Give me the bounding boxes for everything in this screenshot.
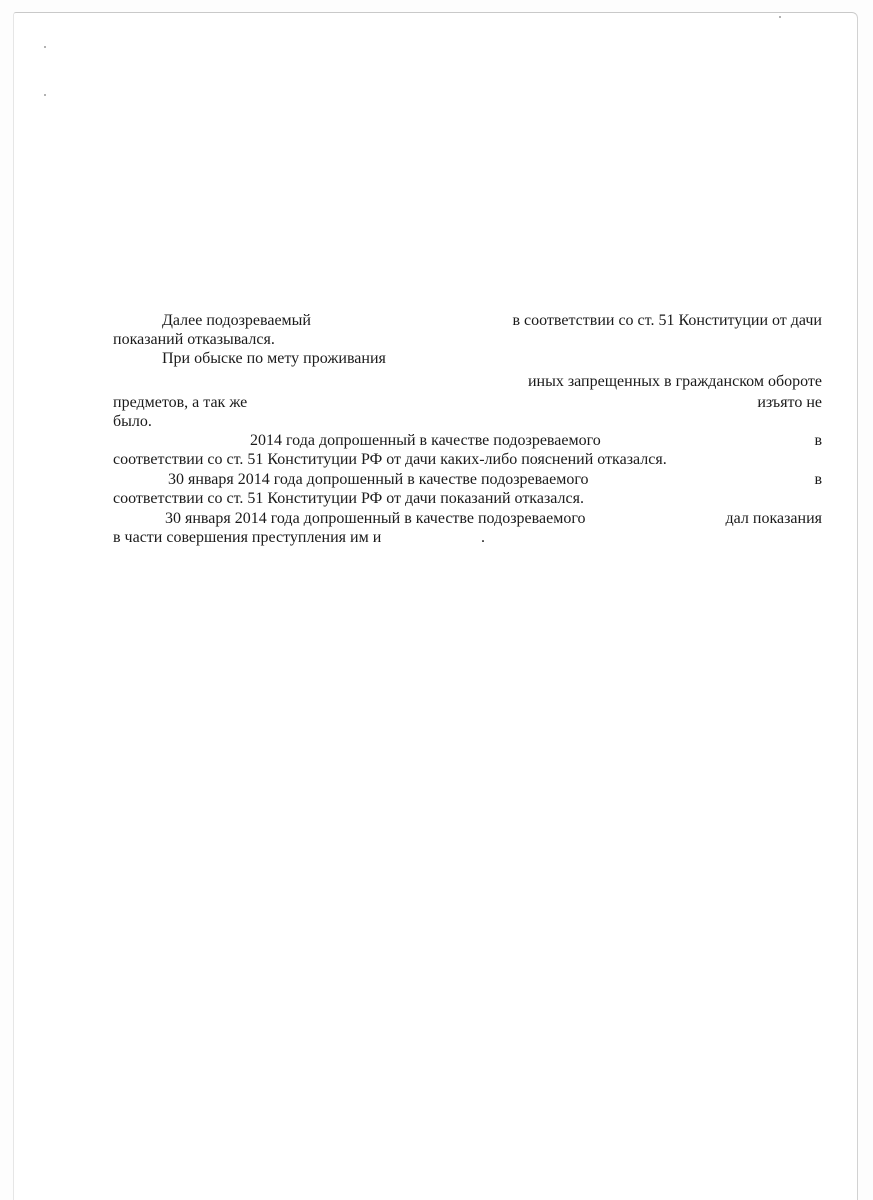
p2-line3: предметов, а так же изъято не [113,393,822,412]
p2-line2-text: иных запрещенных в гражданском обороте [528,372,822,391]
p4-line2-text: соответствии со ст. 51 Конституции РФ от… [113,489,584,508]
p3-line1: 2014 года допрошенный в качестве подозре… [113,431,822,450]
p3-line1-start: 2014 года допрошенный в качестве подозре… [250,431,601,450]
p4-line1-end: в [814,470,822,489]
scan-speck [779,16,781,18]
p5-line1-start: 30 января 2014 года допрошенный в качест… [165,509,585,528]
p2-line3-start: предметов, а так же [113,393,247,412]
p5-line2: в части совершения преступления им и . [113,528,822,547]
p5-line2-end: . [481,528,485,547]
p5-line1-end: дал показания [726,509,822,528]
p1-line2: показаний отказывался. [113,330,822,349]
p3-line2-text: соответствии со ст. 51 Конституции РФ от… [113,450,667,469]
p1-line1-start: Далее подозреваемый [162,311,311,330]
p2-line2: иных запрещенных в гражданском обороте [113,372,822,391]
scanned-page [13,12,858,1200]
p2-line4-text: было. [113,412,152,431]
p5-line2-start: в части совершения преступления им и [113,528,381,547]
p4-line1-start: 30 января 2014 года допрошенный в качест… [168,470,588,489]
p2-line3-end: изъято не [757,393,822,412]
p1-line2-text: показаний отказывался. [113,330,275,349]
p4-line1: 30 января 2014 года допрошенный в качест… [113,470,822,489]
p1-line1-end: в соответствии со ст. 51 Конституции от … [512,311,822,330]
scan-speck [44,46,46,48]
p3-line2: соответствии со ст. 51 Конституции РФ от… [113,450,822,469]
p1-line1: Далее подозреваемый в соответствии со ст… [113,311,822,330]
scan-speck [44,94,46,96]
p2-line1: При обыске по мету проживания [113,349,822,368]
p2-line1-text: При обыске по мету проживания [162,349,386,368]
p2-line4: было. [113,412,822,431]
p3-line1-end: в [814,431,822,450]
p4-line2: соответствии со ст. 51 Конституции РФ от… [113,489,822,508]
p5-line1: 30 января 2014 года допрошенный в качест… [113,509,822,528]
